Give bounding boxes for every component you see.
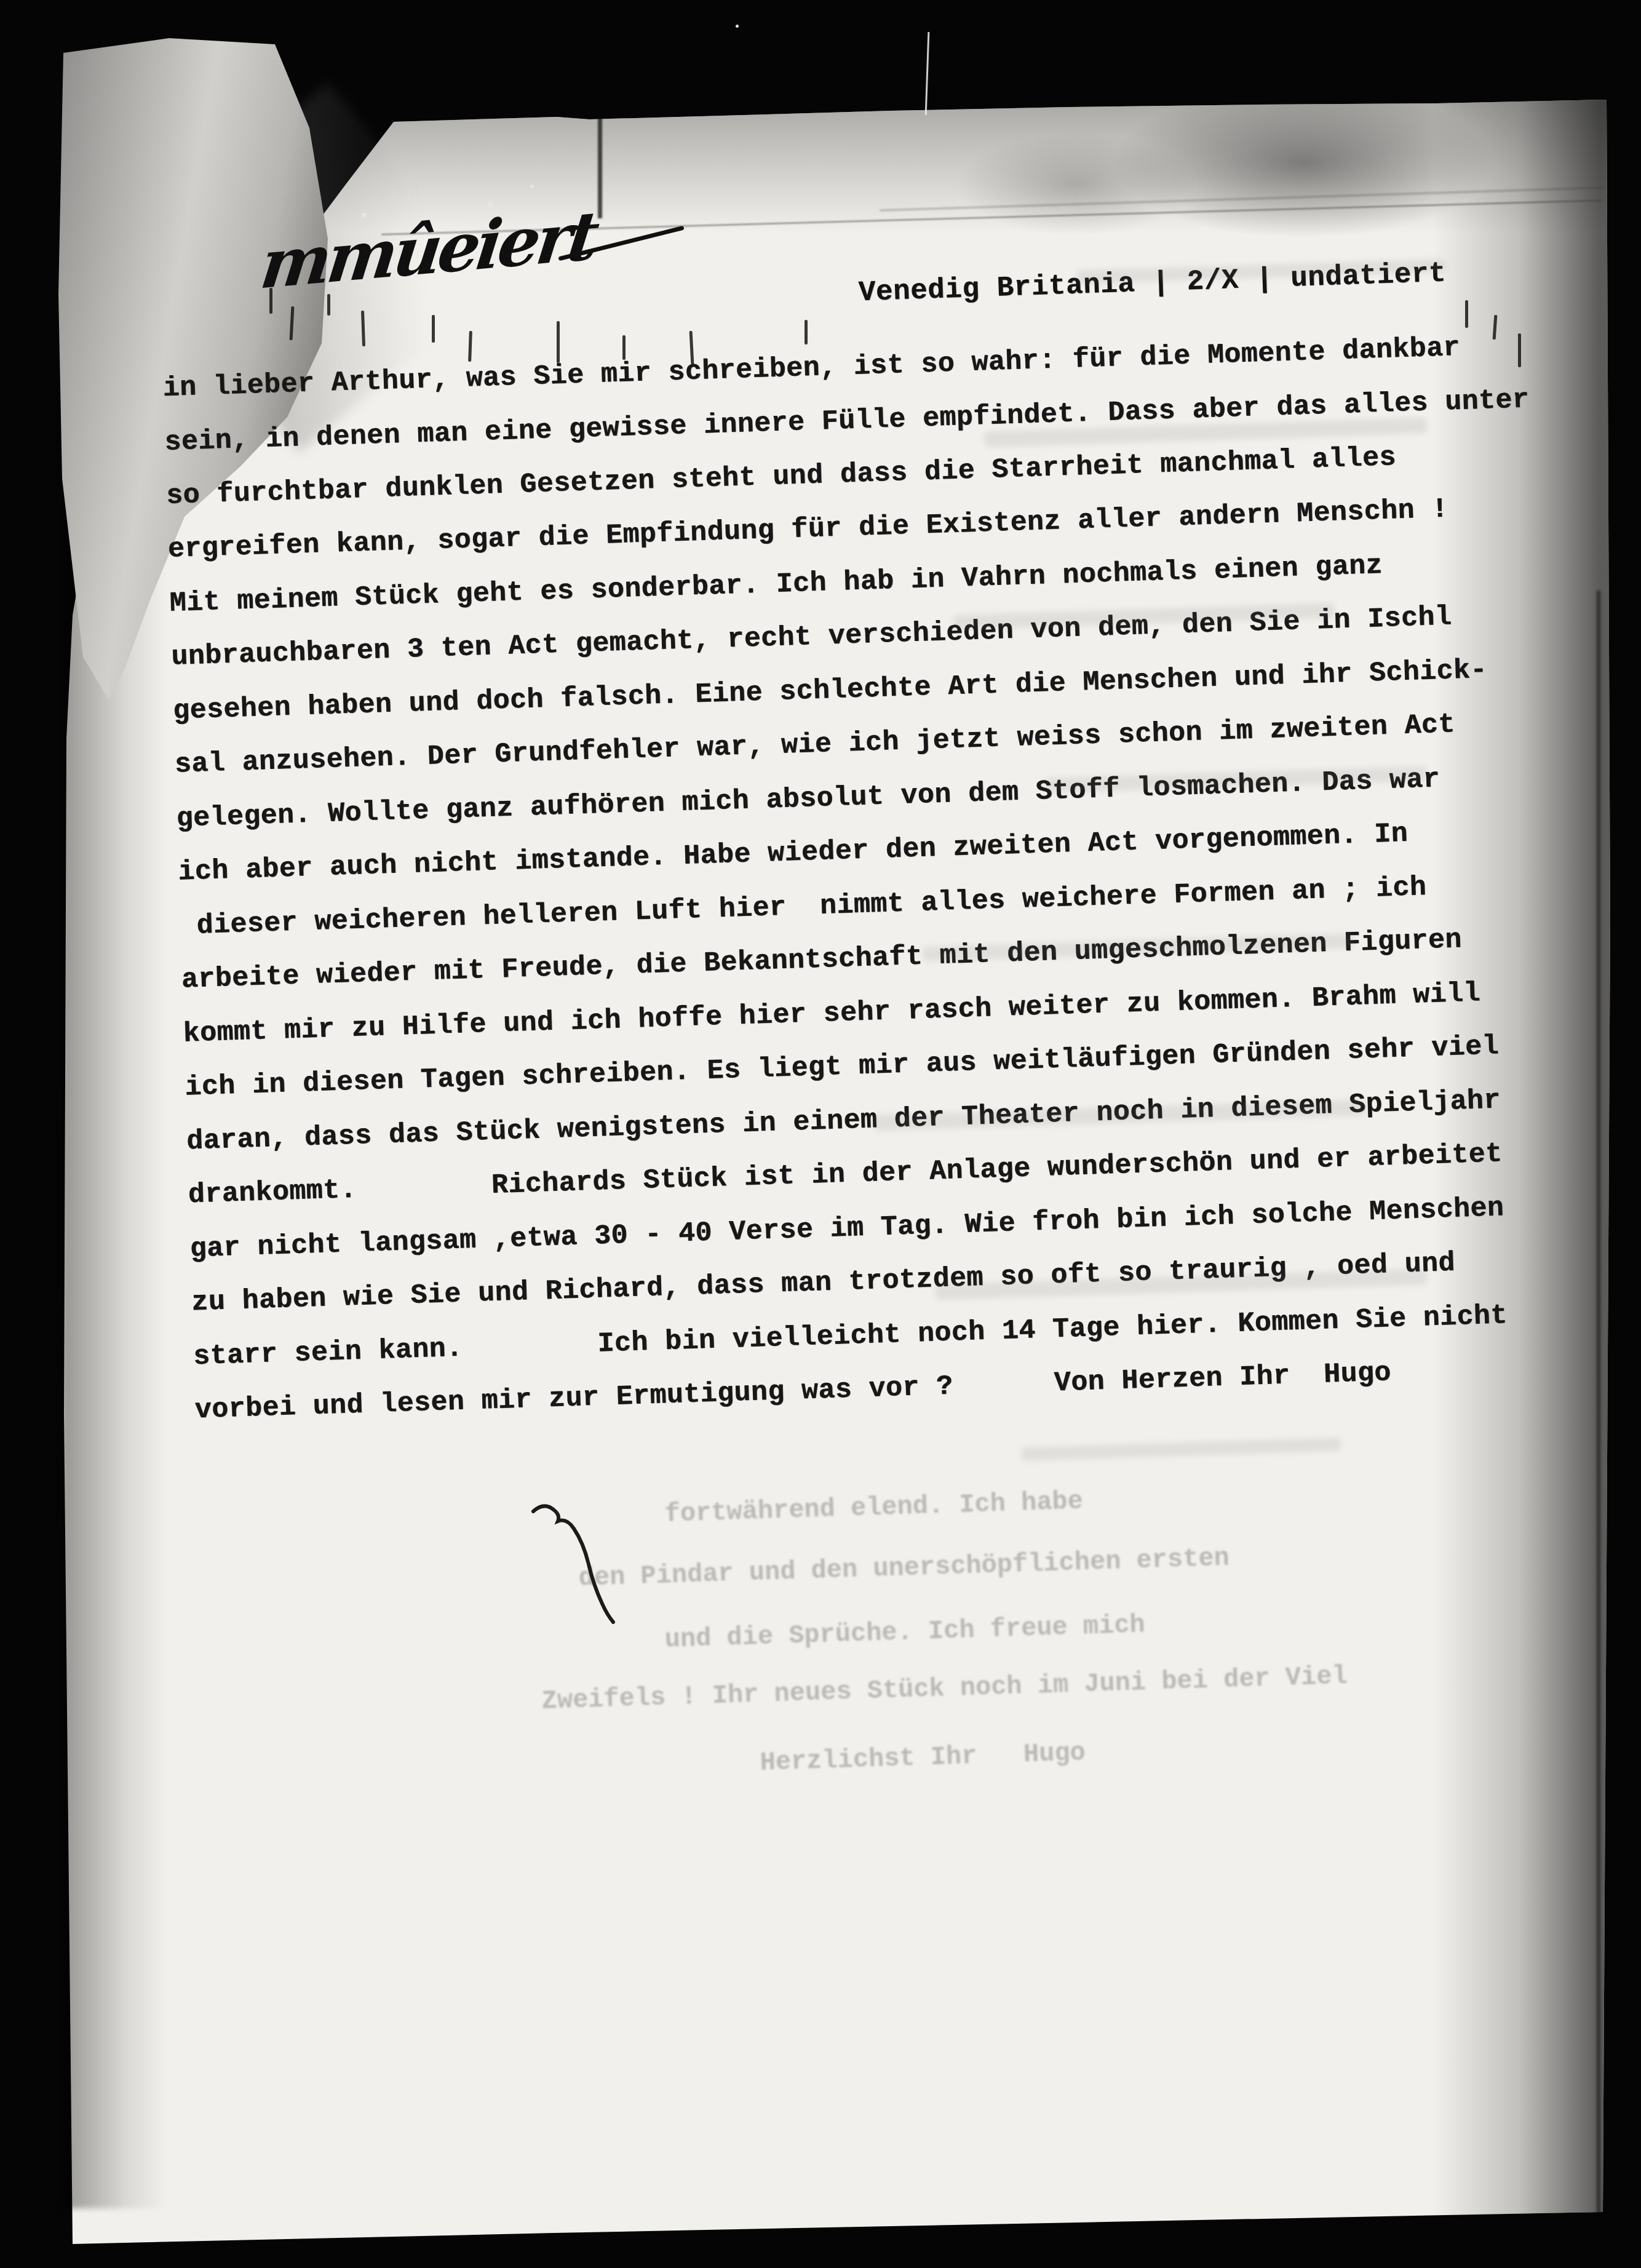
film-scratch xyxy=(925,32,930,115)
ink-tick xyxy=(269,288,272,314)
typed-line: vorbei und lesen mir zur Ermutigung was … xyxy=(194,1357,1391,1426)
ink-tick xyxy=(557,321,560,363)
scan-background: mmûeiert Venedig Britania | 2/X | undati… xyxy=(0,0,1641,2268)
ink-tick xyxy=(1465,300,1468,328)
ink-tick xyxy=(1518,333,1521,367)
letter-body: in lieber Arthur, was Sie mir schreiben,… xyxy=(162,327,1641,1479)
ink-squiggle xyxy=(526,1492,661,1652)
ink-tick xyxy=(622,335,626,360)
dust-speck xyxy=(736,25,739,28)
dust-speck xyxy=(530,185,534,188)
ink-tick xyxy=(327,294,330,316)
ink-tick xyxy=(432,315,435,343)
ink-tick xyxy=(805,320,808,344)
